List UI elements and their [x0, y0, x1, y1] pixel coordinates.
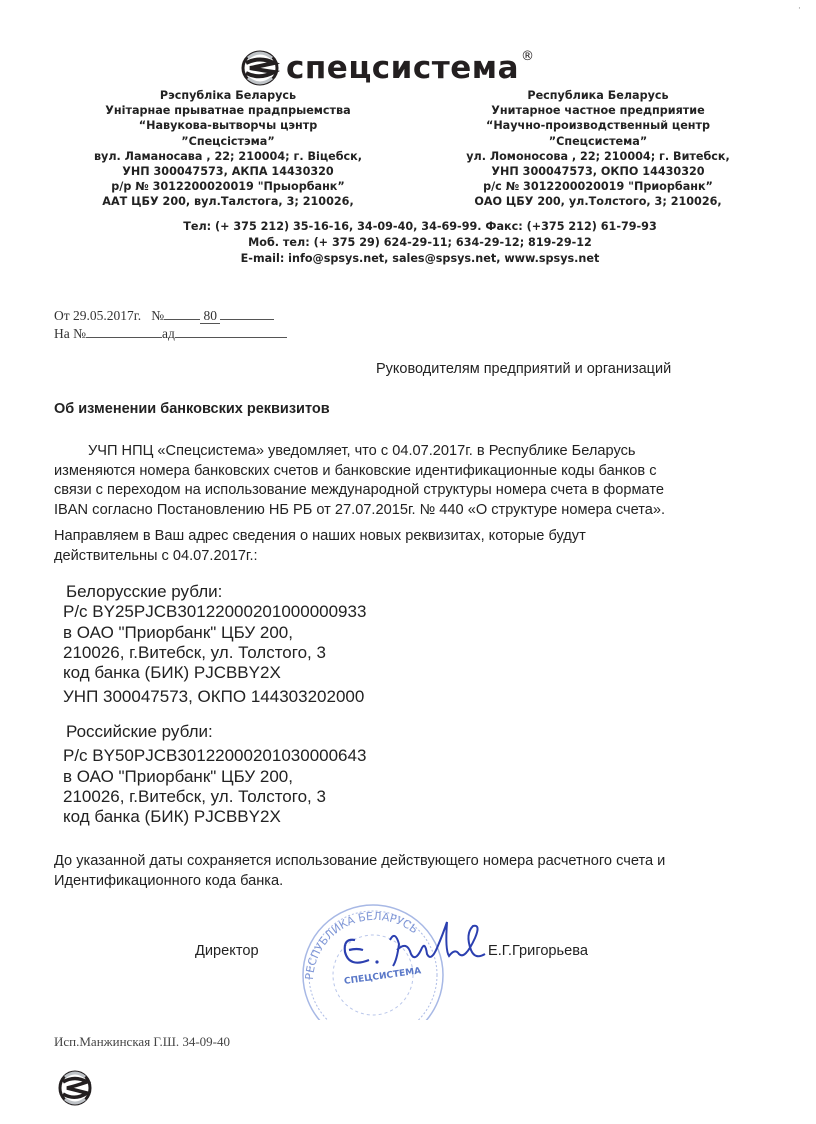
account-currency-title: Белорусские рубли:	[63, 582, 366, 602]
signatory-position: Директор	[195, 943, 259, 959]
account-company-ids: УНП 300047573, ОКПО 144303202000	[63, 687, 366, 707]
handwritten-signature-icon	[335, 910, 495, 980]
scan-corner-mark: ·	[798, 4, 801, 14]
letter-subject: Об изменении банковских реквизитов	[54, 401, 330, 417]
body-line: Идентификационного кода банка.	[54, 872, 665, 892]
letterhead-line: Унитарное частное предприятие	[428, 103, 768, 118]
executor-note: Исп.Манжинская Г.Ш. 34-09-40	[54, 1034, 230, 1050]
letter-date: От 29.05.2017г.	[54, 308, 141, 323]
account-block-rub: Российские рубли: Р/с BY50PJCB3012200020…	[63, 722, 366, 827]
reply-date-field	[175, 337, 287, 338]
account-bank-address: 210026, г.Витебск, ул. Толстого, 3	[63, 787, 366, 807]
phone-fax-line: Тел: (+ 375 212) 35-16-16, 34-09-40, 34-…	[120, 219, 720, 235]
letterhead-contacts: Тел: (+ 375 212) 35-16-16, 34-09-40, 34-…	[120, 219, 720, 267]
globe-s-logo-icon	[240, 50, 280, 86]
reply-number-field	[86, 337, 162, 338]
mobile-line: Моб. тел: (+ 375 29) 624-29-11; 634-29-1…	[120, 235, 720, 251]
body-line: УЧП НПЦ «Спецсистема» уведомляет, что с …	[54, 442, 754, 462]
letterhead-line: ”Спецсистема”	[428, 134, 768, 149]
number-blank-after	[220, 319, 274, 320]
company-logo: спецсистема ®	[240, 50, 534, 86]
body-paragraph-transition: До указанной даты сохраняется использова…	[54, 852, 665, 891]
account-number: Р/с BY25PJCB30122000201000000933	[63, 602, 366, 622]
body-paragraph-new-details: Направляем в Ваш адрес сведения о наших …	[54, 527, 754, 566]
letterhead-line: ул. Ломоносова , 22; 210004; г. Витебск,	[428, 149, 768, 164]
account-bank: в ОАО "Приорбанк" ЦБУ 200,	[63, 623, 366, 643]
email-web-line: E-mail: info@spsys.net, sales@spsys.net,…	[120, 251, 720, 267]
letterhead-line: Рэспубліка Беларусь	[58, 88, 398, 103]
body-line: Направляем в Ваш адрес сведения о наших …	[54, 527, 754, 547]
brand-wordmark: спецсистема	[286, 53, 519, 84]
letterhead-line: “Научно-производственный центр	[428, 118, 768, 133]
letterhead-russian-column: Республика Беларусь Унитарное частное пр…	[428, 88, 768, 210]
body-paragraph-notice: УЧП НПЦ «Спецсистема» уведомляет, что с …	[54, 442, 754, 520]
letterhead-line: р/с № 3012200020019 "Приорбанк”	[428, 179, 768, 194]
signatory-name: Е.Г.Григорьева	[488, 943, 588, 959]
account-bic: код банка (БИК) PJCBBY2X	[63, 807, 366, 827]
recipient-line: Руководителям предприятий и организаций	[376, 361, 671, 377]
reply-to-line: На №ад	[54, 325, 287, 343]
registered-mark: ®	[521, 49, 534, 64]
account-currency-title: Российские рубли:	[63, 722, 366, 742]
body-line: действительны с 04.07.2017г.:	[54, 547, 754, 567]
account-number: Р/с BY50PJCB30122000201030000643	[63, 746, 366, 766]
registration-block: От 29.05.2017г. №80 На №ад	[54, 307, 287, 343]
letterhead-line: ”Спецсістэма”	[58, 134, 398, 149]
letterhead-line: вул. Ламаносава , 22; 210004; г. Віцебск…	[58, 149, 398, 164]
account-bank-address: 210026, г.Витебск, ул. Толстого, 3	[63, 643, 366, 663]
account-block-byn: Белорусские рубли: Р/с BY25PJCB301220002…	[63, 582, 366, 708]
letterhead-line: Унітарнае прыватнае прадпрыемства	[58, 103, 398, 118]
number-blank-before	[164, 319, 200, 320]
letterhead-line: ОАО ЦБУ 200, ул.Толстого, 3; 210026,	[428, 194, 768, 209]
letterhead-belarusian-column: Рэспубліка Беларусь Унітарнае прыватнае …	[58, 88, 398, 210]
letterhead-line: р/р № 3012200020019 "Прыорбанк”	[58, 179, 398, 194]
globe-s-footer-logo-icon	[58, 1070, 92, 1106]
body-line: изменяются номера банковских счетов и ба…	[54, 462, 754, 482]
letterhead-line: ААТ ЦБУ 200, вул.Талстога, 3; 210026,	[58, 194, 398, 209]
letter-number: 80	[200, 309, 220, 324]
body-line: связи с переходом на использование между…	[54, 481, 754, 501]
reply-date-label: ад	[162, 326, 175, 341]
outgoing-number-line: От 29.05.2017г. №80	[54, 307, 287, 325]
account-bic: код банка (БИК) PJCBBY2X	[63, 663, 366, 683]
body-line: IBAN согласно Постановлению НБ РБ от 27.…	[54, 501, 754, 521]
letterhead-line: УНП 300047573, ОКПО 14430320	[428, 164, 768, 179]
letterhead-line: Республика Беларусь	[428, 88, 768, 103]
letterhead-line: “Навукова-вытворчы цэнтр	[58, 118, 398, 133]
body-line: До указанной даты сохраняется использова…	[54, 852, 665, 872]
letterhead-line: УНП 300047573, АКПА 14430320	[58, 164, 398, 179]
account-bank: в ОАО "Приорбанк" ЦБУ 200,	[63, 767, 366, 787]
number-label: №	[151, 308, 164, 323]
reply-number-label: На №	[54, 326, 86, 341]
